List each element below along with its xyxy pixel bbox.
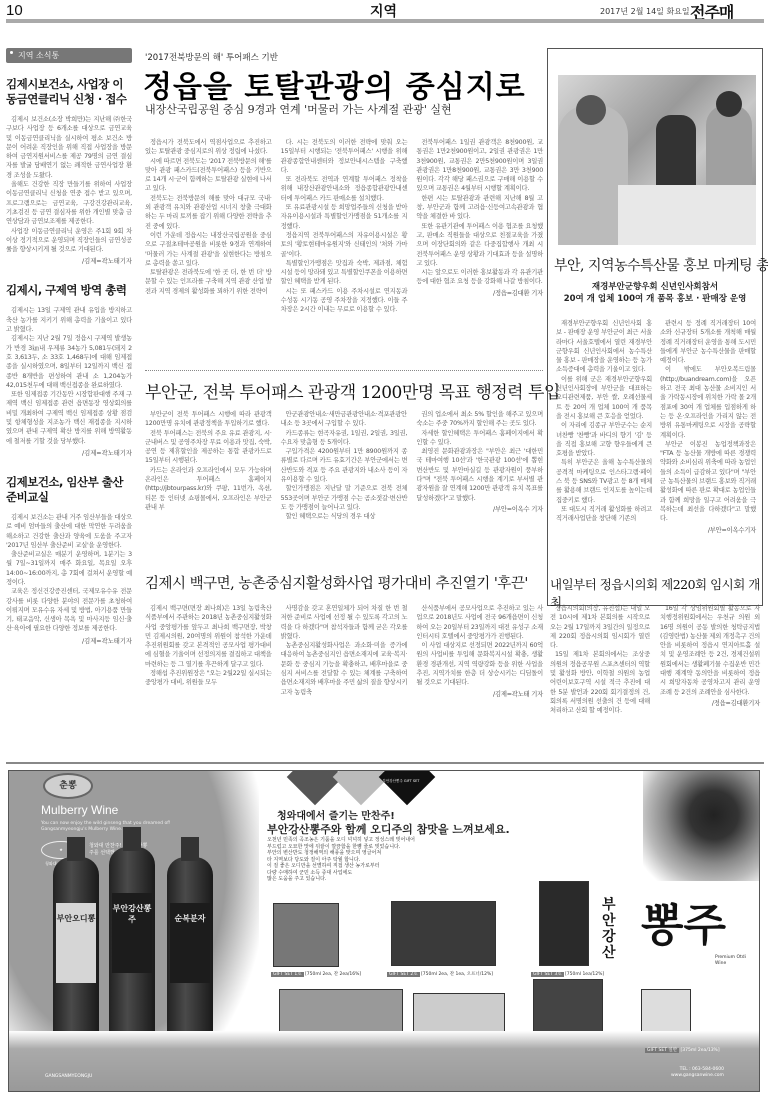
paragraph: 최영진 문화관광과장은 "부안은 최근 '대한민국 테마여행 10선'과 '한국… [416, 447, 543, 503]
article-body: 재경부안군향우회 신년인사회 홍보 - 판매장 운영 부안군이 최근 서울 라마… [556, 319, 756, 535]
paragraph: 전북도는 전북방문의 해를 맞아 대규모 국내·외 관광객 유치와 관광산업 시… [145, 194, 272, 231]
gift-set-box [539, 881, 589, 966]
gimje-headline: 김제시 백구면, 농촌중심지활성화사업 평가대비 추진열기 '후끈' [145, 572, 528, 593]
paragraph: 김제시는 지난 2월 7일 정읍시 구제역 발생농가 반경 3㎞내 우제류 34… [6, 334, 132, 390]
buan-tourpass-body: 부안군이 전북 투어패스 시행에 따라 관광객 1200만명 유치에 관광정책을… [145, 410, 543, 522]
wine-bottle: 부안오디뽕 [53, 857, 99, 1057]
producer-mark: GANGSANMYEONGJU [45, 1074, 92, 1079]
paragraph: 올해도 건강한 직장 만들기를 위하여 사업장 이동금연클리닉 신청을 연중 접… [6, 180, 132, 226]
left-column: 지역 소식통 김제시보건소, 사업장 이동금연클리닉 신청 · 접수 김제시 보… [6, 48, 132, 645]
paragraph: 재경부안군향우회 신년인사회 홍보 - 판매장 운영 부안군이 최근 서울 라마… [556, 319, 652, 375]
lead-article-body: 정읍시가 전북도에서 역점사업으로 추진하고 있는 토탈관광 중심지로의 위상 … [145, 138, 543, 315]
column-3: 권의 업소에서 최소 5% 할인을 해주고 있으며 숙소는 주중 70%까지 할… [416, 410, 543, 522]
paragraph: 구입가격은 4200원부터 1만 8900원까지 종류별로 다르며 카드 유효기… [281, 447, 408, 484]
gift-set-label: GIFT SET 일반 [375ml 2ea/13%] [645, 1047, 720, 1053]
subhead-line: 재경부안군향우회 신년인사회참서 [548, 281, 762, 293]
gift-set-box [391, 901, 496, 966]
paragraph: 전북투어패스 1일권 관광객은 8천900원, 교통권은 1만2천900원이고,… [416, 138, 543, 194]
gimje-article-body: 김제시 백구면(면장 최나희)은 13일 농림축산식품부에서 주관하는 2018… [145, 604, 543, 699]
column-1: 김제시 백구면(면장 최나희)은 13일 농림축산식품부에서 주관하는 2018… [145, 604, 272, 699]
regional-news-tab: 지역 소식통 [6, 48, 132, 63]
advert-divider [6, 762, 764, 764]
gift-set-label: GIFT SET 2호 [750ml 2ea, 잔 1ea, 오프너/12%] [387, 971, 493, 977]
gift-set-spec: [375ml 2ea/13%] [681, 1048, 720, 1053]
paragraph: 카드는 온라인과 오프라인에서 모두 가능하며 온라인은 투어패스 홈페이지(h… [145, 466, 272, 512]
paragraph: 토탈관광은 전라북도에 '한 곳 더, 한 번 더' 방문할 수 있는 인프라를… [145, 268, 272, 296]
byline: /부안=이옥수 기자 [416, 505, 543, 514]
paragraph: 카드종류는 현곡자유권, 1일권, 2일권, 3일권, 수요자 맞춤형 등 5개… [281, 429, 408, 448]
paragraph: 한편 시는 토탈관광과 관련해 지난해 8월 고창, 부안군과 함께 고려읍·신… [416, 194, 543, 222]
column-2: 관련시 등 정례 직거래장터 10여소와 신규장터 5개소를 개척해 매월 정례… [660, 319, 756, 535]
paragraph: 정해섭 추진위원장은 "오는 2월22일 실시되는 중앙평가 대비, 위원들 모… [145, 669, 272, 688]
paragraph: 부안군 이봉진 농업정책과장은 "FTA 등 농산물 개방에 따른 경쟁력 약화… [660, 440, 756, 524]
ad-headline-2: 부안강산뽕주와 함께 오디주의 참맛을 느껴보세요. [267, 821, 510, 837]
article-body: 김제시는 13일 구제역 관내 유입을 방지하고 축산 농가를 지키기 위해 총… [6, 306, 132, 445]
article-title: 김제시, 구제역 방역 총력 [6, 283, 132, 298]
council-article-body: 정읍시의회(의장, 유진섭)는 내일 오전 10시에 제1차 본회의를 시작으로… [550, 604, 760, 716]
paragraph: 이 사업 대상지로 선정되면 2022년까지 60억원의 사업비를 투입해 문화… [416, 641, 543, 687]
header-divider [6, 19, 764, 23]
column-1: 재경부안군향우회 신년인사회 홍보 - 판매장 운영 부안군이 최근 서울 라마… [556, 319, 652, 535]
article-subhead: 재경부안군향우회 신년인사회참서 20여 개 업체 100여 개 품목 홍보 ·… [548, 281, 762, 305]
section-title: 지역 [370, 1, 397, 21]
paragraph: 15일 제1차 본회의에서는 조상중 의원의 정읍공무원 스포츠센터의 역할 및… [550, 650, 650, 715]
article-body: 김제시 보건소(소장 박희만)는 지난해 ㈜한국구보다 사업장 등 6개소를 대… [6, 115, 132, 254]
ad-brand-logo: 뽕주 [641, 889, 726, 953]
paragraph: 부안군이 전북 투어패스 시행에 따라 관광객 1200만명 유치에 관광정책을… [145, 410, 272, 429]
gift-set-box [413, 993, 505, 1035]
lead-column-1: 정읍시가 전북도에서 역점사업으로 추진하고 있는 토탈관광 중심지로의 위상 … [145, 138, 272, 315]
bottle-label: 부안강산뽕주 [112, 893, 152, 973]
paragraph: 전북 투어패스는 전북의 주요 유료 관광지, 시·군내버스 및 공영주차장 무… [145, 429, 272, 466]
ad-body-line: 많은 도움을 주고 있습니다. [267, 876, 507, 883]
paragraph: 이 밖에도 부안오복드림몰(http://buandream.com)을 오픈하… [660, 365, 756, 439]
paragraph: 이 자리에 김종규 부안군수는 순지녀찬빵 '찬빵'과 바디의 향기 '김' 등… [556, 421, 652, 458]
paragraph: 김제시는 13일 구제역 관내 유입을 방지하고 축산 농가를 지키기 위해 총… [6, 306, 132, 334]
byline: /정읍=김대환 기자 [416, 289, 543, 298]
ad-body-copy: 오천년 민족의 곡조농은 기품을 오디 넉넉히 넣고 정성스레 빚어내어 부드럽… [267, 837, 507, 883]
giftset-diamond [379, 770, 436, 805]
gift-set-box [641, 989, 691, 1035]
column-2: 사명감을 갖고 혼연일체가 되어 차질 한 번 철저한 준비로 사업에 선정 될… [281, 604, 408, 699]
column-3: 산식품부에서 공모사업으로 추진하고 있는 사업으로 2018년도 사업에 전국… [416, 604, 543, 699]
article-title: 김제시보건소, 사업장 이동금연클리닉 신청 · 접수 [6, 77, 132, 107]
paragraph: 이런 가운데 정읍시는 내장산국립공원을 중심으로 구절초테마공원을 비롯한 9… [145, 231, 272, 268]
issue-date: 2017년 2월 14일 화요일 [600, 6, 690, 17]
gift-set-spec: [750ml 2ea, 잔 1ea, 오프너/12%] [421, 972, 493, 977]
subhead-line: 20여 개 업체 100여 개 품목 홍보 · 판매장 운영 [548, 293, 762, 305]
gift-set-name: GIFT SET 3호 [531, 972, 564, 977]
gift-set-name: GIFT SET 2호 [387, 972, 420, 977]
buan-marketing-article-box: 부안, 지역농수특산물 홍보 마케팅 총력 재경부안군향우회 신년인사회참서 2… [547, 48, 763, 606]
paragraph: 시에 따르면 전북도는 '2017 전북방문의 해'를 맞아 관광 패스카드(전… [145, 157, 272, 194]
page-number: 10 [6, 2, 23, 19]
paragraph: 이를 위해 군은 재경부안군향우회 신년인사회장에 부안군을 대표하는 오디관련… [556, 375, 652, 421]
paragraph: 시는 또 패스카드 이용 주차시설로 연지동과 수성동 시기동 공영 주차장을 … [281, 287, 408, 315]
ad-headline-1: 청와대에서 즐기는 만찬주! [277, 807, 395, 822]
paragraph: 또 유료관광시설 등 희망업주들의 신청을 받아 자유이용시설과 특별할인가맹점… [281, 203, 408, 231]
gift-set-box [279, 989, 403, 1035]
left-article-3: 김제보건소, 임산부 출산준비교실 김제시 보건소는 관내 거주 임산부들을 대… [6, 475, 132, 645]
left-article-2: 김제시, 구제역 방역 총력 김제시는 13일 구제역 관내 유입을 방지하고 … [6, 283, 132, 456]
diamond-label: 부안강산뽕주 GIFT SET [381, 779, 421, 784]
paragraph: 다. 시는 전북도의 이러한 전략에 맞춰 오는 15일부터 시행되는 '전북투… [281, 138, 408, 175]
paragraph: 16일 각 상임위원회별 활동으로 자치행정위원회에서는 우천규 의원 외 16… [660, 604, 760, 697]
column-2: 16일 각 상임위원회별 활동으로 자치행정위원회에서는 우천규 의원 외 16… [660, 604, 760, 716]
paragraph: 자세한 할인혜택은 투어패스 홈페이지에서 확인할 수 있다. [416, 429, 543, 448]
paragraph: 사명감을 갖고 혼연일체가 되어 차질 한 번 철저한 준비로 사업에 선정 될… [281, 604, 408, 641]
paragraph: 농촌중심지활성화사업은 과소화·미을 증가에 대응하여 농촌중심지인 읍면소재지… [281, 641, 408, 697]
paragraph: 할인가맹점은 지난달 말 기준으로 전북 전체 553곳이며 부안군 가맹점 수… [281, 484, 408, 512]
paragraph: 정읍지역 전북투어패스의 자유이용시설은 황토의 '황토현테마유원지'와 신태인… [281, 231, 408, 259]
column-1: 부안군이 전북 투어패스 시행에 따라 관광객 1200만명 유치에 관광정책을… [145, 410, 272, 522]
lead-column-2: 다. 시는 전북도의 이러한 전략에 맞춰 오는 15일부터 시행되는 '전북투… [281, 138, 408, 315]
paragraph: 정읍시의회(의장, 유진섭)는 내일 오전 10시에 제1차 본회의를 시작으로… [550, 604, 650, 650]
ad-premium-caption: Premium Otdi Wine [715, 955, 755, 966]
byline: /김제=곽노태 기자 [416, 690, 543, 699]
paragraph: 정읍시가 전북도에서 역점사업으로 추진하고 있는 토탈관광 중심지로의 위상 … [145, 138, 272, 157]
left-article-1: 김제시보건소, 사업장 이동금연클리닉 신청 · 접수 김제시 보건소(소장 박… [6, 77, 132, 265]
paragraph: 할인 혜택으로는 식당의 경우 대상 [281, 512, 408, 521]
paragraph: 특히 부안군은 올해 농수특산물의 공격적 마케팅으로 인스타그램·페이스 북 … [556, 458, 652, 504]
gift-set-box [533, 979, 603, 1035]
bottle-label: 부안오디뽕 [56, 903, 96, 983]
column-1: 정읍시의회(의장, 유진섭)는 내일 오전 10시에 제1차 본회의를 시작으로… [550, 604, 650, 716]
paragraph: 시는 앞으로도 이러한 홍보활동과 각 유관기관 등에 대한 협조 요청 등을 … [416, 268, 543, 287]
byline: /김제=곽노태기자 [6, 636, 132, 645]
gift-set-box [273, 903, 339, 967]
gift-set-label: GIFT SET 3호 [750ml 1ea/12%] [531, 971, 604, 977]
article-title: 김제보건소, 임산부 출산준비교실 [6, 475, 132, 505]
lead-column-3: 전북투어패스 1일권 관광객은 8천900원, 교통권은 1만2천900원이고,… [416, 138, 543, 315]
lead-subhead: 내장산국립공원 중심 9경과 연계 '머물러 가는 사계절 관광' 실현 [145, 101, 452, 117]
paragraph: 또 전라북도 전역과 연계할 투어패스 정착을 위해 내장산관광안내소와 정읍종… [281, 175, 408, 203]
byline: /부안=이옥수기자 [660, 526, 756, 535]
brand-logo: 춘뽕 [43, 773, 93, 799]
paragraph: 산식품부에서 공모사업으로 추진하고 있는 사업으로 2018년도 사업에 전국… [416, 604, 543, 641]
column-2: 안군관광안내소·새만금관광안내소·격포관광안내소 등 3곳에서 구입할 수 있다… [281, 410, 408, 522]
dotted-divider [145, 370, 543, 371]
ad-product-title: Mulberry Wine [41, 803, 118, 817]
paragraph: 관련시 등 정례 직거래장터 10여소와 신규장터 5개소를 개척해 매월 정례… [660, 319, 756, 365]
paragraph: 김제시 백구면(면장 최나희)은 13일 농림축산식품부에서 주관하는 2018… [145, 604, 272, 669]
ad-footer-band [9, 1031, 760, 1091]
paragraph: 김제시 보건소(소장 박희만)는 지난해 ㈜한국구보다 사업장 등 6개소를 대… [6, 115, 132, 180]
gift-set-name: GIFT SET 1호 [271, 972, 304, 977]
gift-set-label: GIFT SET 1호 [750ml 2ea, 잔 2ea/16%] [271, 971, 361, 977]
photo-display-table [618, 185, 756, 245]
gift-set-spec: [750ml 1ea/12%] [565, 972, 604, 977]
byline: /김제=곽노태기자 [6, 448, 132, 457]
paragraph: 또한 유관기관에 투어패스 이용 협조를 요청했고, 판매소 직원들을 대상으로… [416, 222, 543, 268]
paragraph: 교육은 정신건강증진센터, 국제모유수유 전문 강사를 비롯 다양한 분야의 전… [6, 587, 132, 633]
article-body: 김제시 보건소는 관내 거주 임산부들을 대상으로 예비 엄마들의 출산에 대한… [6, 513, 132, 634]
lead-headline: 정읍을 토탈관광의 중심지로 [143, 62, 526, 106]
paragraph: 특별할인가맹점은 맛집과 숙박, 제과점, 체험시설 등이 망라돼 있고 특별할… [281, 259, 408, 287]
paragraph: 김제시 보건소는 관내 거주 임산부들을 대상으로 예비 엄마들의 출산에 대한… [6, 513, 132, 550]
paragraph: 출산준비교실은 매분기 운영하며, 1분기는 3월 7일~31일까지 매주 화요… [6, 550, 132, 587]
ad-brand-vertical: 부안강산 [602, 897, 618, 961]
wine-bottle: 순복분자 [167, 857, 213, 1057]
bottle-label: 순복분자 [170, 903, 210, 983]
buan-tourpass-headline: 부안군, 전북 투어패스 관광객 1200만명 목표 행정력 투입 [145, 378, 560, 403]
gift-set-name: GIFT SET 일반 [645, 1048, 679, 1053]
mulberry-wine-advertisement[interactable]: 춘뽕 Mulberry Wine You can now enjoy the w… [8, 770, 760, 1092]
paragraph: 권의 업소에서 최소 5% 할인을 해주고 있으며 숙소는 주중 70%까지 할… [416, 410, 543, 429]
wine-bottle: 부안강산뽕주 [109, 847, 155, 1057]
byline: /정읍=김대환기자 [660, 699, 760, 708]
article-headline: 부안, 지역농수특산물 홍보 마케팅 총력 [554, 255, 768, 275]
paragraph: 또 대도시 직거래 활성화를 하려고 직거래사업단을 창단해 기존의 [556, 505, 652, 524]
website-link[interactable]: www.gangsanwine.com [671, 1073, 724, 1079]
byline: /김제=곽노태기자 [6, 256, 132, 265]
gift-set-spec: [750ml 2ea, 잔 2ea/16%] [305, 972, 361, 977]
paragraph: 또한 임제접종 기간동안 시장합판대행 주재 구제역 백신 임제접종 관련 읍면… [6, 390, 132, 446]
mulberry-image [643, 771, 760, 881]
news-photo [558, 75, 756, 245]
ad-contact: TEL : 063-584-0600 www.gangsanwine.com [671, 1067, 724, 1079]
paragraph: 안군관광안내소·새만금관광안내소·격포관광안내소 등 3곳에서 구입할 수 있다… [281, 410, 408, 429]
paragraph: 사업장 이동금연클리닉 운영은 주1회 9회 차 이상 정기적으로 운영되며 직… [6, 227, 132, 255]
